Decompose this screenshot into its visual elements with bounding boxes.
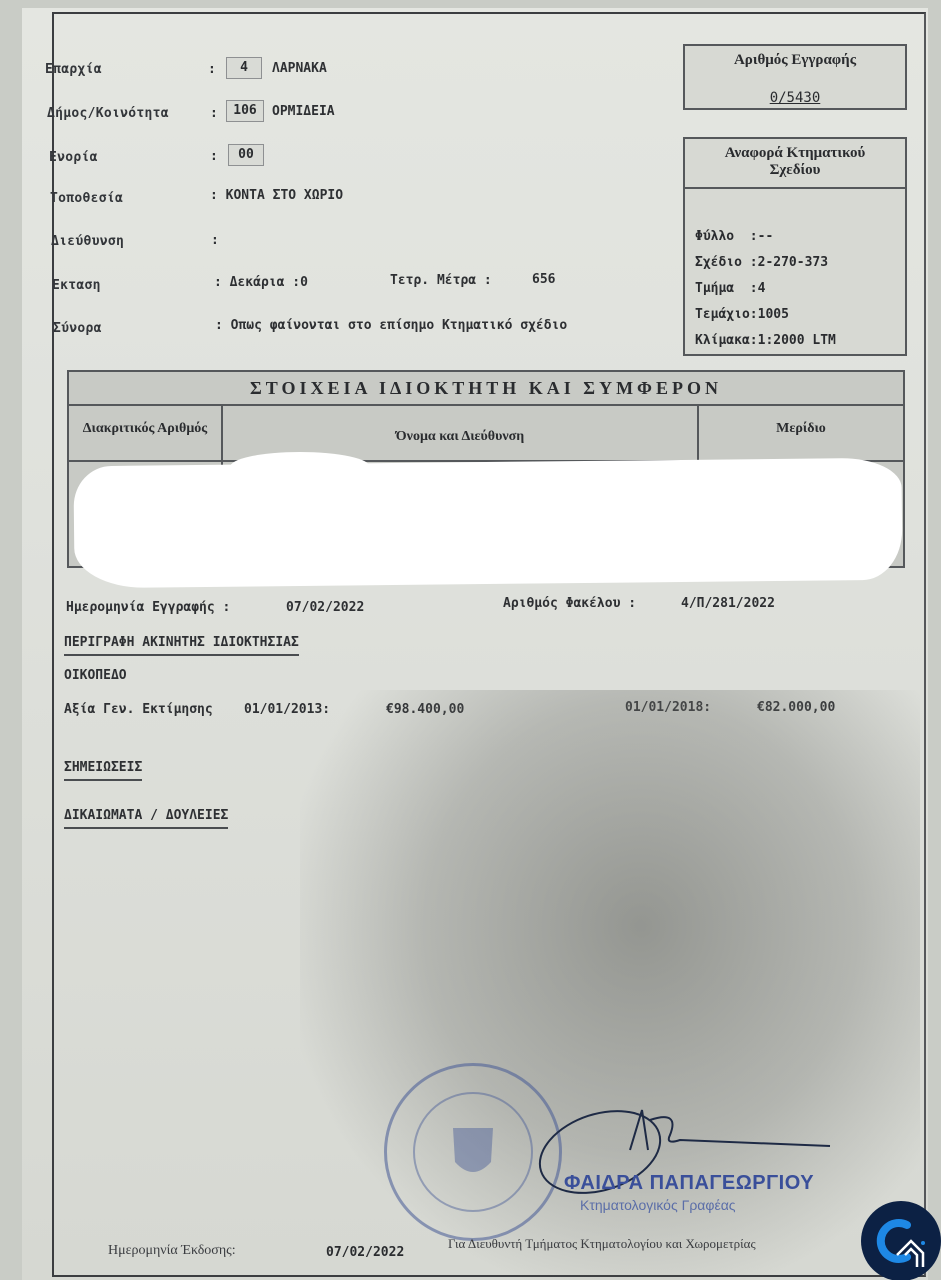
province-label: Επαρχία	[45, 62, 102, 77]
boundaries-value: : Οπως φαίνονται στο επίσημο Κτηματικό σ…	[215, 318, 567, 333]
registration-number-value: 0/5430	[685, 90, 905, 106]
municipality-code: 106	[226, 100, 264, 122]
file-number-value: 4/Π/281/2022	[681, 596, 775, 611]
file-number-label: Αριθμός Φακέλου :	[503, 596, 636, 611]
plan-scale: Κλίμακα:1:2000 LTM	[695, 333, 836, 348]
plan-reference-title: Αναφορά Κτηματικού Σχεδίου	[685, 139, 905, 189]
issue-date-value: 07/02/2022	[326, 1245, 404, 1260]
parish-label: Ενορία	[49, 150, 98, 165]
valuation-amount-2013: €98.400,00	[386, 702, 464, 717]
property-description-heading: ΠΕΡΙΓΡΑΦΗ ΑΚΙΝΗΤΗΣ ΙΔΙΟΚΤΗΣΙΑΣ	[64, 635, 299, 656]
colon: :	[210, 149, 218, 164]
locality-label: Τοποθεσία	[50, 191, 123, 206]
issue-date-label: Ημερομηνία Έκδοσης:	[108, 1243, 236, 1259]
address-value: :	[211, 233, 219, 248]
property-description-value: ΟΙΚΟΠΕΔΟ	[64, 668, 127, 683]
area-sqm-value: 656	[532, 272, 555, 287]
colon: :	[208, 62, 216, 77]
valuation-label: Αξία Γεν. Εκτίμησης	[64, 702, 213, 717]
area-label: Εκταση	[52, 278, 101, 293]
plan-parcel: Τεμάχιο:1005	[695, 307, 789, 322]
boundaries-label: Σύνορα	[53, 321, 102, 336]
brand-logo-icon	[861, 1201, 941, 1280]
signer-title: Κτηματολογικός Γραφέας	[580, 1197, 736, 1213]
registration-date-label: Ημερομηνία Εγγραφής :	[66, 600, 230, 615]
owners-table-title: ΣΤΟΙΧΕΙΑ ΙΔΙΟΚΤΗΤΗ ΚΑΙ ΣΥΜΦΕΡΟΝ	[69, 372, 903, 406]
plan-reference-title-line1: Αναφορά Κτηματικού	[685, 145, 905, 162]
rights-heading: ΔΙΚΑΙΩΜΑΤΑ / ΔΟΥΛΕΙΕΣ	[64, 808, 228, 829]
parish-code: 00	[228, 144, 264, 166]
area-sqm-label: Τετρ. Μέτρα :	[390, 273, 492, 288]
area-decares: : Δεκάρια :0	[214, 275, 308, 290]
plan-section: Τμήμα :4	[695, 281, 765, 296]
issued-by: Για Διευθυντή Τμήματος Κτηματολογίου και…	[448, 1236, 756, 1252]
colon: :	[210, 106, 218, 121]
registration-date-value: 07/02/2022	[286, 600, 364, 615]
signer-name: ΦΑΙΔΡΑ ΠΑΠΑΓΕΩΡΓΙΟΥ	[564, 1172, 814, 1195]
registration-number-box: Αριθμός Εγγραφής 0/5430	[683, 44, 907, 110]
valuation-date-2013: 01/01/2013:	[244, 702, 330, 717]
plan-reference-title-line2: Σχεδίου	[685, 162, 905, 179]
plan-reference-box: Αναφορά Κτηματικού Σχεδίου Φύλλο :-- Σχέ…	[683, 137, 907, 356]
registration-number-title: Αριθμός Εγγραφής	[685, 52, 905, 69]
locality-value: : ΚΟΝΤΑ ΣΤΟ ΧΩΡΙΟ	[210, 188, 343, 203]
notes-heading: ΣΗΜΕΙΩΣΕΙΣ	[64, 760, 142, 781]
column-header-id: Διακριτικός Αριθμός	[69, 406, 223, 462]
valuation-amount-2018: €82.000,00	[757, 700, 835, 715]
plan-sheet: Φύλλο :--	[695, 229, 773, 244]
municipality-label: Δήμος/Κοινότητα	[47, 106, 169, 121]
column-header-share: Μερίδιο	[699, 406, 903, 462]
province-value: ΛΑΡΝΑΚΑ	[272, 61, 327, 76]
redaction-mark	[73, 458, 902, 589]
plan-number: Σχέδιο :2-270-373	[695, 255, 828, 270]
address-label: Διεύθυνση	[51, 234, 124, 249]
redaction-mark	[230, 452, 370, 482]
valuation-date-2018: 01/01/2018:	[625, 700, 711, 715]
province-code: 4	[226, 57, 262, 79]
municipality-value: ΟΡΜΙΔΕΙΑ	[272, 104, 335, 119]
